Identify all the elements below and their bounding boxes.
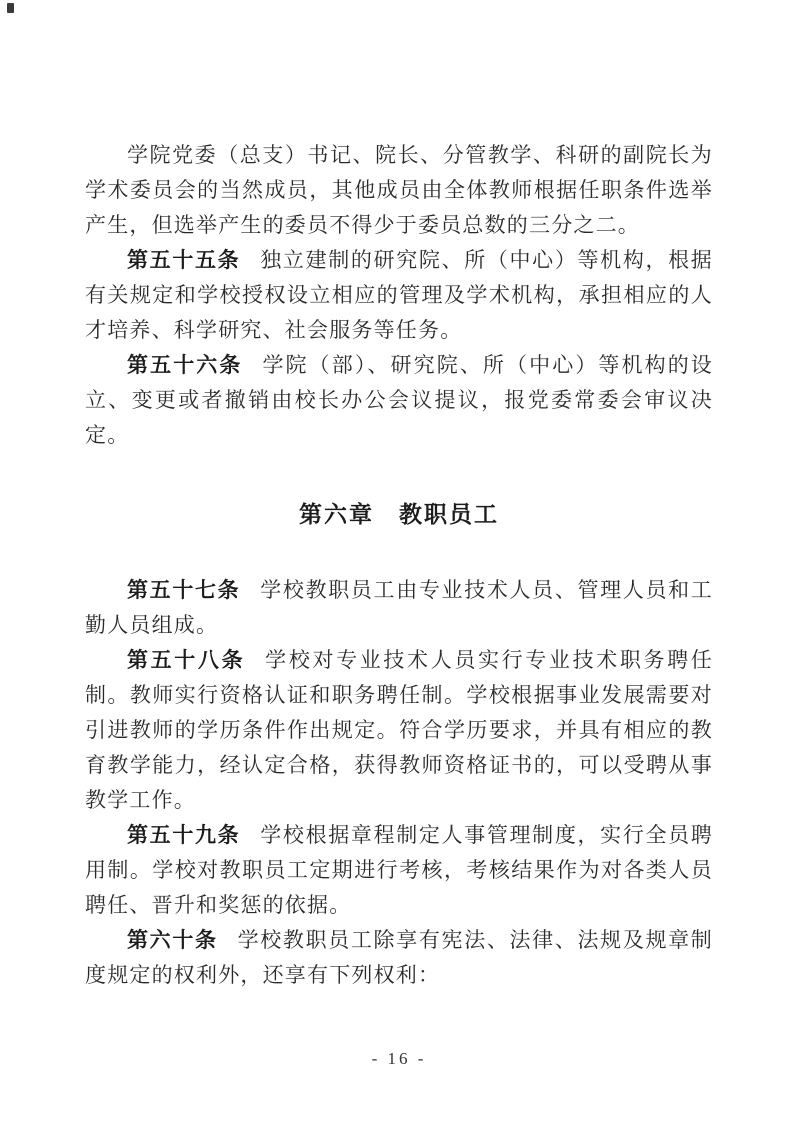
article-number: 第五十八条 <box>127 648 245 672</box>
scanned-document-page: { "page": { "background_color": "#ffffff… <box>0 0 793 1121</box>
article-number: 第五十九条 <box>127 823 240 847</box>
article-number: 第五十七条 <box>127 578 240 602</box>
paragraph-article-58: 第五十八条学校对专业技术人员实行专业技术职务聘任制。教师实行资格认证和职务聘任制… <box>85 643 713 818</box>
page-number: - 16 - <box>85 1049 713 1069</box>
paragraph-continuation: 学院党委（总支）书记、院长、分管教学、科研的副院长为学术委员会的当然成员，其他成… <box>85 138 713 243</box>
article-number: 第六十条 <box>127 928 218 952</box>
scan-artifact-speck <box>7 3 14 13</box>
paragraph-article-57: 第五十七条学校教职员工由专业技术人员、管理人员和工勤人员组成。 <box>85 573 713 643</box>
paragraph-text: 学校对专业技术人员实行专业技术职务聘任制。教师实行资格认证和职务聘任制。学校根据… <box>85 648 713 812</box>
paragraph-article-60: 第六十条学校教职员工除享有宪法、法律、法规及规章制度规定的权利外，还享有下列权利… <box>85 923 713 993</box>
paragraph-article-55: 第五十五条独立建制的研究院、所（中心）等机构，根据有关规定和学校授权设立相应的管… <box>85 243 713 348</box>
chapter-heading: 第六章 教职员工 <box>85 497 713 532</box>
paragraph-text: 学院党委（总支）书记、院长、分管教学、科研的副院长为学术委员会的当然成员，其他成… <box>85 143 713 237</box>
article-number: 第五十六条 <box>127 353 243 377</box>
document-body: 学院党委（总支）书记、院长、分管教学、科研的副院长为学术委员会的当然成员，其他成… <box>0 0 793 1069</box>
paragraph-article-59: 第五十九条学校根据章程制定人事管理制度，实行全员聘用制。学校对教职员工定期进行考… <box>85 818 713 923</box>
article-number: 第五十五条 <box>127 248 240 272</box>
paragraph-article-56: 第五十六条学院（部）、研究院、所（中心）等机构的设立、变更或者撤销由校长办公会议… <box>85 348 713 453</box>
